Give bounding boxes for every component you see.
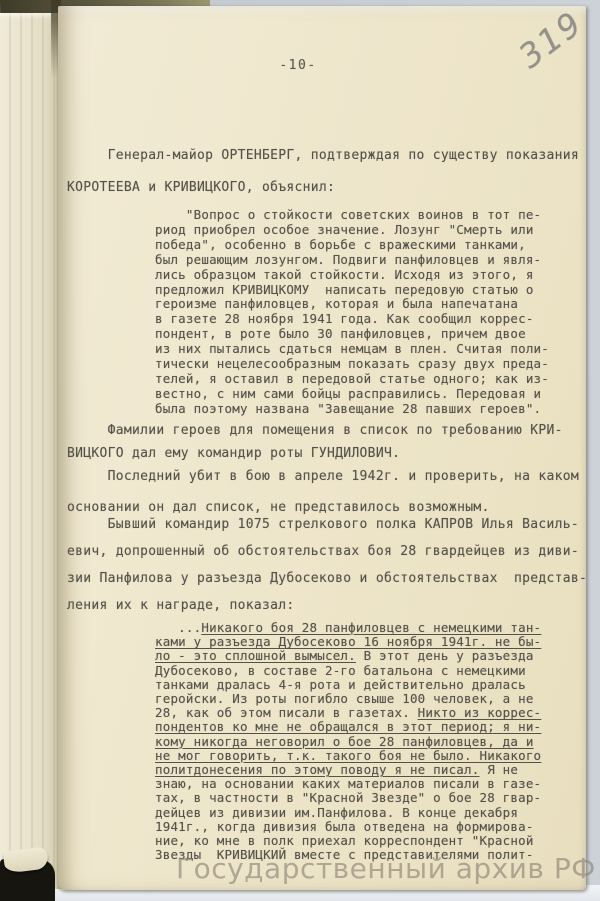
page-number: -10- bbox=[228, 58, 368, 73]
quote-line: дейцев из дивизии им.Панфилова. В конце … bbox=[155, 806, 541, 820]
quote-line: 1941г., когда дивизия была отведена на ф… bbox=[155, 820, 541, 834]
quote-line: ...Никакого боя 28 панфиловцев с немецки… bbox=[155, 621, 541, 635]
quote-line: ками у разъезда Дубосеково 16 ноября 194… bbox=[155, 635, 541, 649]
quote-line: Дубосеково, в составе 2-го батальона с н… bbox=[155, 664, 541, 678]
quote-line: тах, в частности в "Красной Звезде" о бо… bbox=[155, 791, 541, 805]
quote-line: ло - это сплошной вымысел. В этот день у… bbox=[155, 649, 541, 663]
paragraph-kaprov-intro: Бывший командир 1075 стрелкового полка К… bbox=[67, 511, 587, 619]
quote-line: политдонесения по этому поводу я не писа… bbox=[155, 763, 541, 777]
quote-line: знаю, на основании каких материалов писа… bbox=[155, 777, 541, 791]
paragraph-ortenberg-intro: Генерал-майор ОРТЕНБЕРГ, подтверждая по … bbox=[67, 140, 579, 204]
quote-line: 28, как об этом писали в газетах. Никто … bbox=[155, 706, 541, 720]
paragraph-heroes-list: Фамилии героев для помещения в список по… bbox=[67, 419, 563, 465]
quote-block-2: ...Никакого боя 28 панфиловцев с немецки… bbox=[155, 621, 541, 862]
quote-block-1: "Вопрос о стойкости советских воинов в т… bbox=[155, 208, 549, 417]
quote-line: геройски. Из роты погибло свыше 100 чело… bbox=[155, 692, 541, 706]
page-edges-stack bbox=[0, 13, 64, 889]
quote-line: пондентов ко мне не обращался в этот пер… bbox=[155, 720, 541, 734]
quote-line: не мог говорить, т.к. такого боя не было… bbox=[155, 749, 541, 763]
document-page: 319 -10- Генерал-майор ОРТЕНБЕРГ, подтве… bbox=[58, 6, 586, 890]
quote-line: кому никогда неговорил о бое 28 панфилов… bbox=[155, 735, 541, 749]
archive-watermark: Государственный архив РФ bbox=[176, 852, 596, 885]
archive-photo-scene: 319 -10- Генерал-майор ОРТЕНБЕРГ, подтве… bbox=[0, 0, 600, 901]
handwritten-sheet-number: 319 bbox=[511, 3, 590, 76]
quote-line: танками дралась 4-я рота и действительно… bbox=[155, 678, 541, 692]
